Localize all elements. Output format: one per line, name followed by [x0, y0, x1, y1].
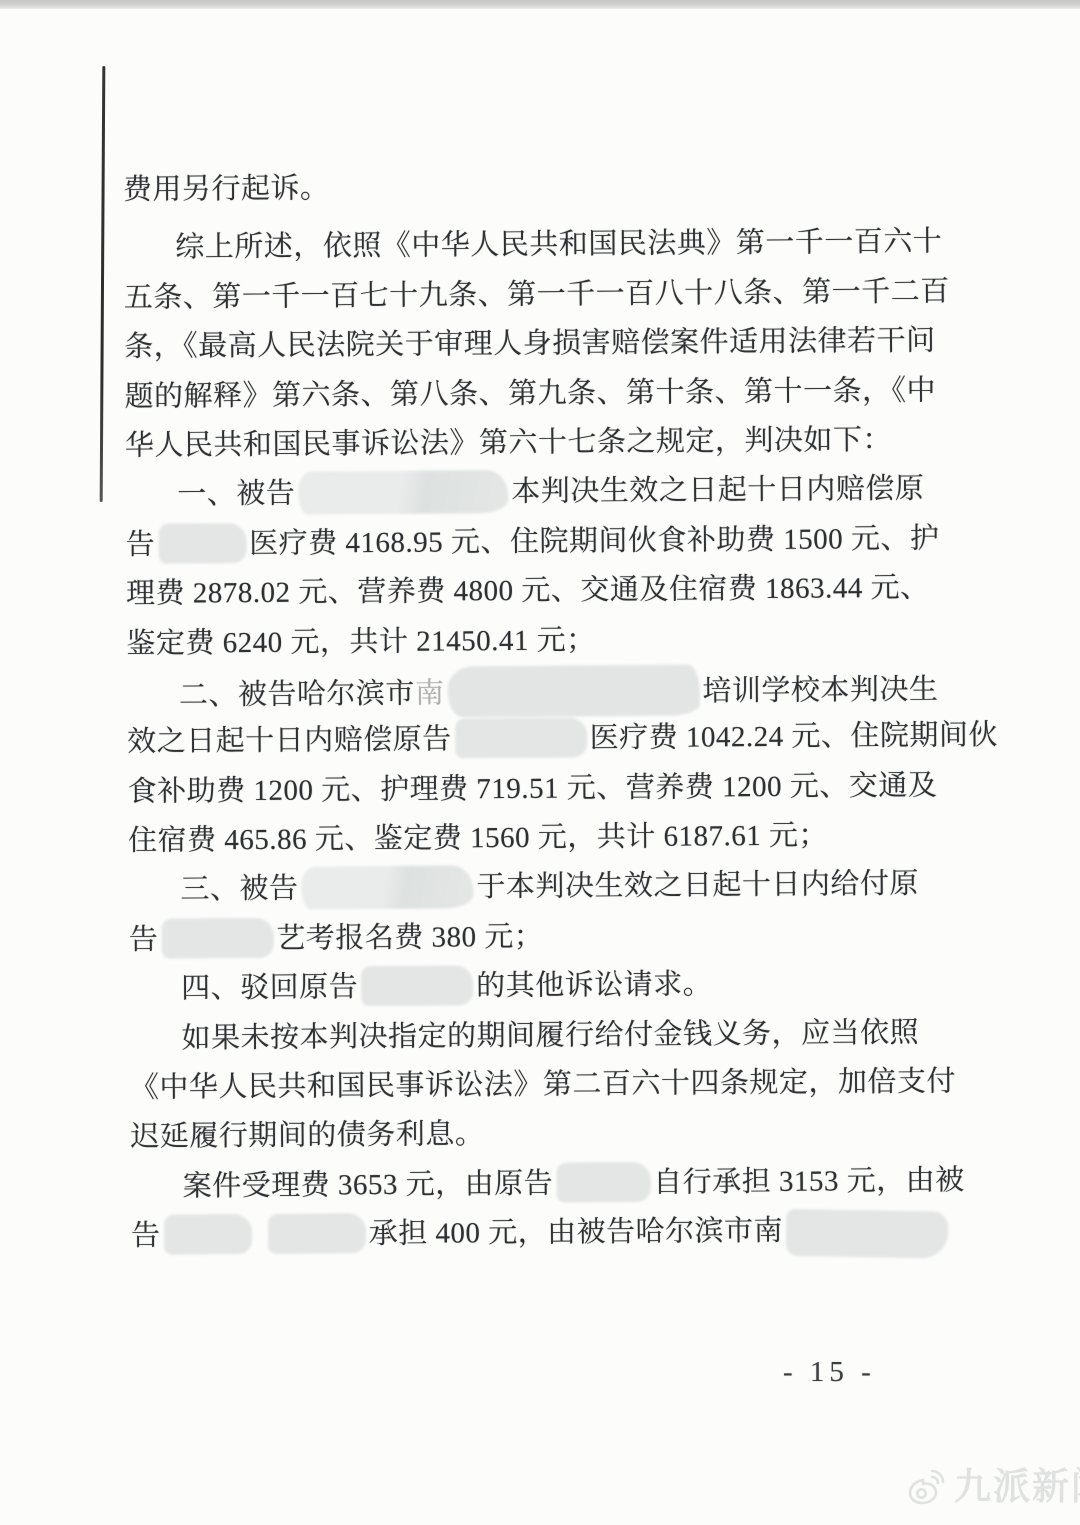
text-line: 告承担 400 元，由被告哈尔滨市南	[131, 1206, 893, 1261]
text-line: 费用另行起诉。	[123, 160, 885, 215]
text-line: 效之日起十日内赔偿原告医疗费 1042.24 元、住院期间伙	[127, 712, 889, 767]
text-segment: 《中华人民共和国民事诉讼法》第二百六十四条规定，加倍支付	[130, 1066, 956, 1104]
text-segment: 食补助费 1200 元、护理费 719.51 元、营养费 1200 元、交通及	[127, 769, 937, 807]
watermark-text: 九派新闻	[954, 1469, 1080, 1506]
text-segment: 医疗费 4168.95 元、住院期间伙食补助费 1500 元、护	[249, 522, 939, 559]
text-segment: 二、被告哈尔滨市	[179, 678, 415, 712]
text-segment: 告	[131, 1220, 161, 1252]
text-line: 综上所述，依照《中华人民共和国民法典》第一千一百六十	[123, 218, 885, 273]
text-line: 五条、第一千一百七十九条、第一千一百八十八条、第一千二百	[124, 268, 886, 323]
weibo-logo-icon	[905, 1468, 947, 1506]
text-line: 二、被告哈尔滨市南培训学校本判决生	[127, 663, 889, 718]
text-segment: 鉴定费 6240 元，共计 21450.41 元；	[126, 624, 596, 660]
news-watermark: 九派新闻	[905, 1468, 1080, 1506]
text-line: 案件受理费 3653 元，由原告自行承担 3153 元，由被	[131, 1157, 893, 1212]
text-segment: 承担 400 元，由被告哈尔滨市南	[368, 1215, 783, 1250]
text-segment: 告	[129, 924, 159, 956]
text-segment: 于本判决生效之日起十日内给付原	[476, 868, 919, 903]
redaction-box	[447, 664, 699, 717]
text-line: 三、被告于本判决生效之日起十日内给付原	[128, 860, 890, 915]
scanner-edge-strip	[0, 0, 1080, 9]
redaction-box	[556, 1162, 650, 1203]
text-segment: 理费 2878.02 元、营养费 4800 元、交通及住宿费 1863.44 元…	[126, 572, 930, 610]
text-line: 住宿费 465.86 元、鉴定费 1560 元，共计 6187.61 元；	[128, 811, 890, 866]
text-segment: 本判决生效之日起十日内赔偿原	[511, 473, 924, 508]
text-line: 理费 2878.02 元、营养费 4800 元、交通及住宿费 1863.44 元…	[126, 564, 888, 619]
text-segment: 条，《最高人民法院关于审理人身损害赔偿案件适用法律若干问	[124, 325, 936, 363]
text-segment: 如果未按本判决指定的期间履行给付金钱义务，应当依照	[181, 1016, 919, 1054]
text-line: 如果未按本判决指定的期间履行给付金钱义务，应当依照	[129, 1009, 891, 1064]
text-segment: 迟延履行期间的债务利息。	[130, 1119, 484, 1154]
text-line: 条，《最高人民法院关于审理人身损害赔偿案件适用法律若干问	[124, 317, 886, 372]
text-segment: 费用另行起诉。	[123, 172, 330, 206]
text-segment: 的其他诉讼请求。	[476, 969, 712, 1003]
text-line: 告艺考报名费 380 元；	[129, 910, 891, 965]
redaction-box	[298, 470, 508, 515]
redaction-box	[455, 718, 587, 759]
page-number: - 15 -	[783, 1356, 876, 1389]
text-segment: 自行承担 3153 元，由被	[653, 1164, 965, 1198]
redaction-box	[361, 966, 473, 1007]
text-line: 华人民共和国民事诉讼法》第六十七条之规定，判决如下：	[125, 416, 887, 471]
text-segment: 华人民共和国民事诉讼法》第六十七条之规定，判决如下：	[125, 424, 892, 462]
judgment-text-body: 费用另行起诉。综上所述，依照《中华人民共和国民法典》第一千一百六十五条、第一千一…	[123, 160, 894, 1262]
text-segment: 艺考报名费 380 元；	[276, 921, 543, 955]
text-segment: 题的解释》第六条、第八条、第九条、第十条、第十一条，《中	[124, 374, 936, 412]
text-segment: 效之日起十日内赔偿原告	[127, 724, 452, 759]
text-segment: 案件受理费 3653 元，由原告	[183, 1167, 554, 1202]
text-line: 告医疗费 4168.95 元、住院期间伙食补助费 1500 元、护	[125, 515, 887, 570]
text-segment: 五条、第一千一百七十九条、第一千一百八十八条、第一千二百	[124, 275, 950, 313]
scan-fold-line	[100, 66, 106, 502]
text-segment: 医疗费 1042.24 元、住院期间伙	[590, 719, 999, 754]
redaction-box	[301, 866, 473, 910]
text-line: 鉴定费 6240 元，共计 21450.41 元；	[126, 614, 888, 669]
redaction-box	[786, 1209, 949, 1259]
text-segment: 一、被告	[177, 478, 295, 511]
text-segment: 南	[415, 677, 445, 709]
redaction-box	[158, 523, 246, 564]
scanned-judgment-page: { "page": { "number_label": "- 15 -", "w…	[0, 0, 1080, 1525]
text-segment: 四、驳回原告	[181, 971, 358, 1004]
text-line: 迟延履行期间的债务利息。	[130, 1107, 892, 1162]
text-segment: 综上所述，依照《中华人民共和国民法典》第一千一百六十	[175, 226, 942, 264]
redaction-box	[163, 1214, 251, 1255]
text-line: 题的解释》第六条、第八条、第九条、第十条、第十一条，《中	[124, 367, 886, 422]
text-line: 一、被告本判决生效之日起十日内赔偿原	[125, 465, 887, 520]
text-segment: 培训学校本判决生	[702, 674, 938, 708]
text-line: 四、驳回原告的其他诉讼请求。	[129, 959, 891, 1014]
text-segment: 告	[126, 529, 156, 561]
text-line: 《中华人民共和国民事诉讼法》第二百六十四条规定，加倍支付	[130, 1058, 892, 1113]
text-line: 食补助费 1200 元、护理费 719.51 元、营养费 1200 元、交通及	[127, 762, 889, 817]
redaction-box	[267, 1213, 365, 1254]
text-segment: 住宿费 465.86 元、鉴定费 1560 元，共计 6187.61 元；	[128, 820, 828, 857]
text-segment: 三、被告	[180, 873, 298, 906]
redaction-box	[161, 918, 273, 959]
